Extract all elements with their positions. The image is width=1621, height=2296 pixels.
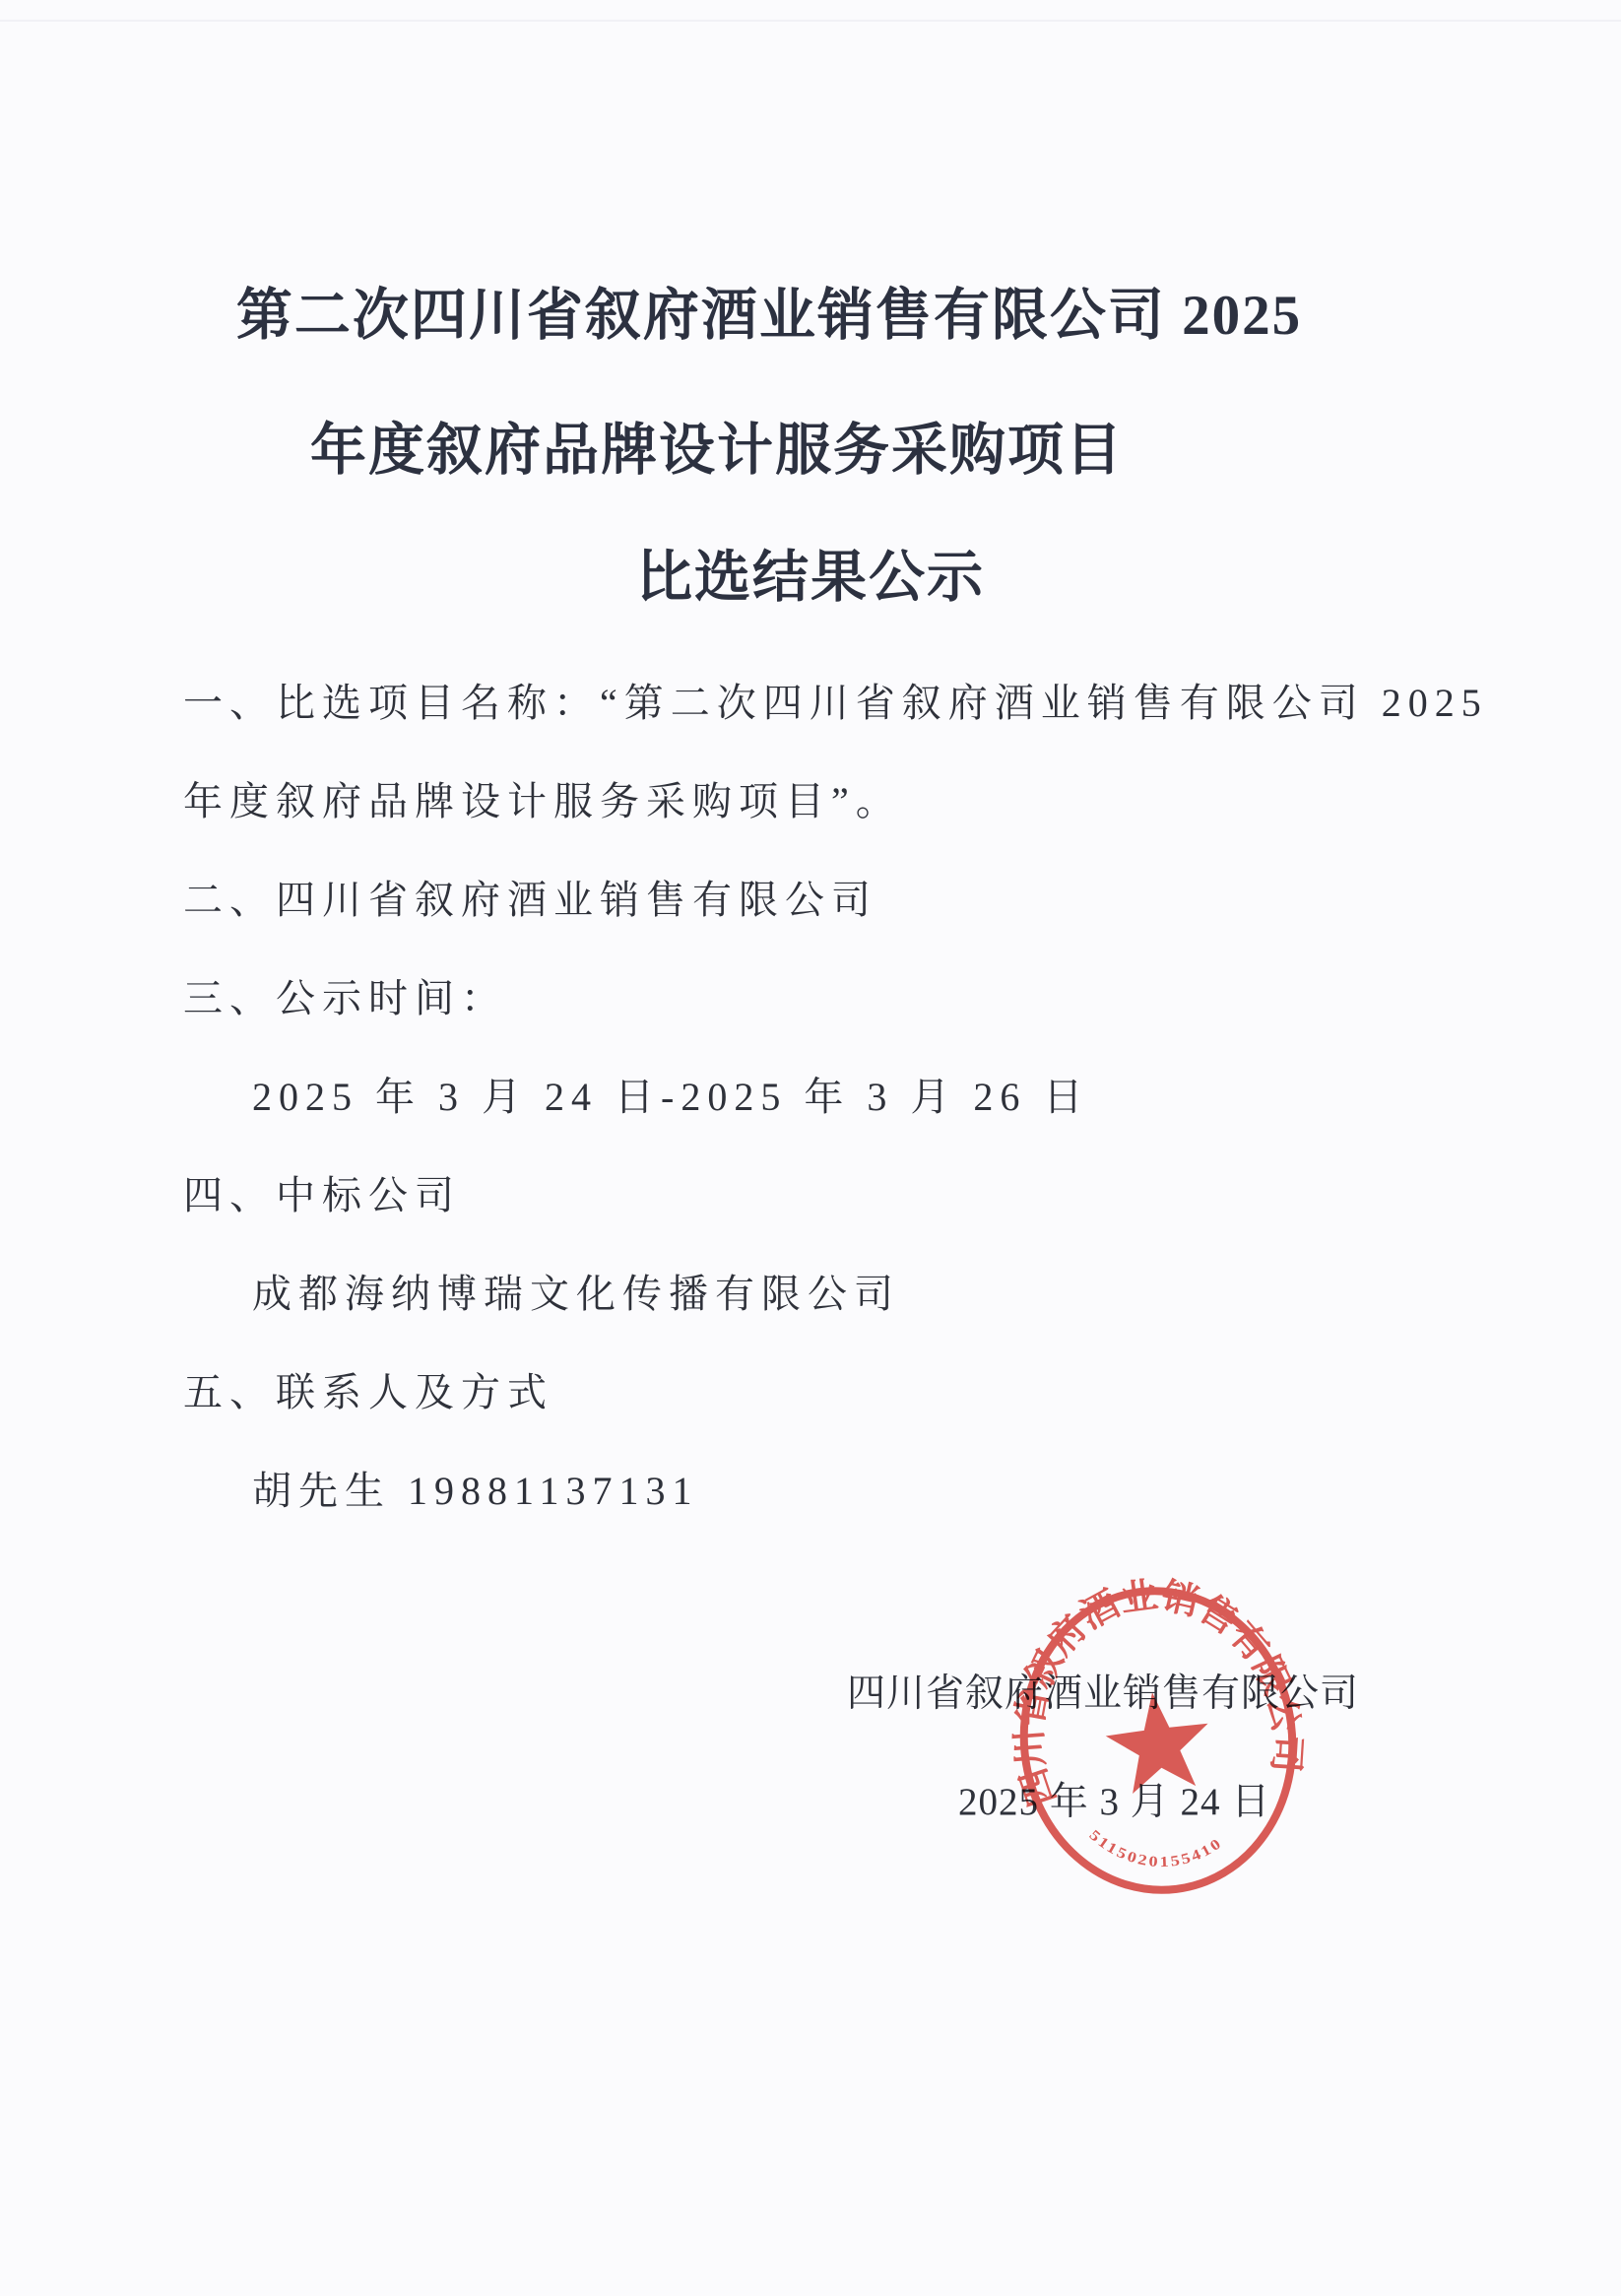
- scanned-document-page: 第二次四川省叙府酒业销售有限公司 2025 年度叙府品牌设计服务采购项目 比选结…: [0, 0, 1621, 2296]
- company-seal-stamp: 四川省叙府酒业销售有限公司 5115020155410: [994, 1559, 1323, 1922]
- signature-block: 四川省叙府酒业销售有限公司 2025 年 3 月 24 日: [0, 0, 1621, 2296]
- seal-serial-number-container: 5115020155410: [1084, 1812, 1227, 1880]
- seal-serial-number: 5115020155410: [1084, 1812, 1227, 1880]
- seal-star-icon: [1101, 1686, 1215, 1797]
